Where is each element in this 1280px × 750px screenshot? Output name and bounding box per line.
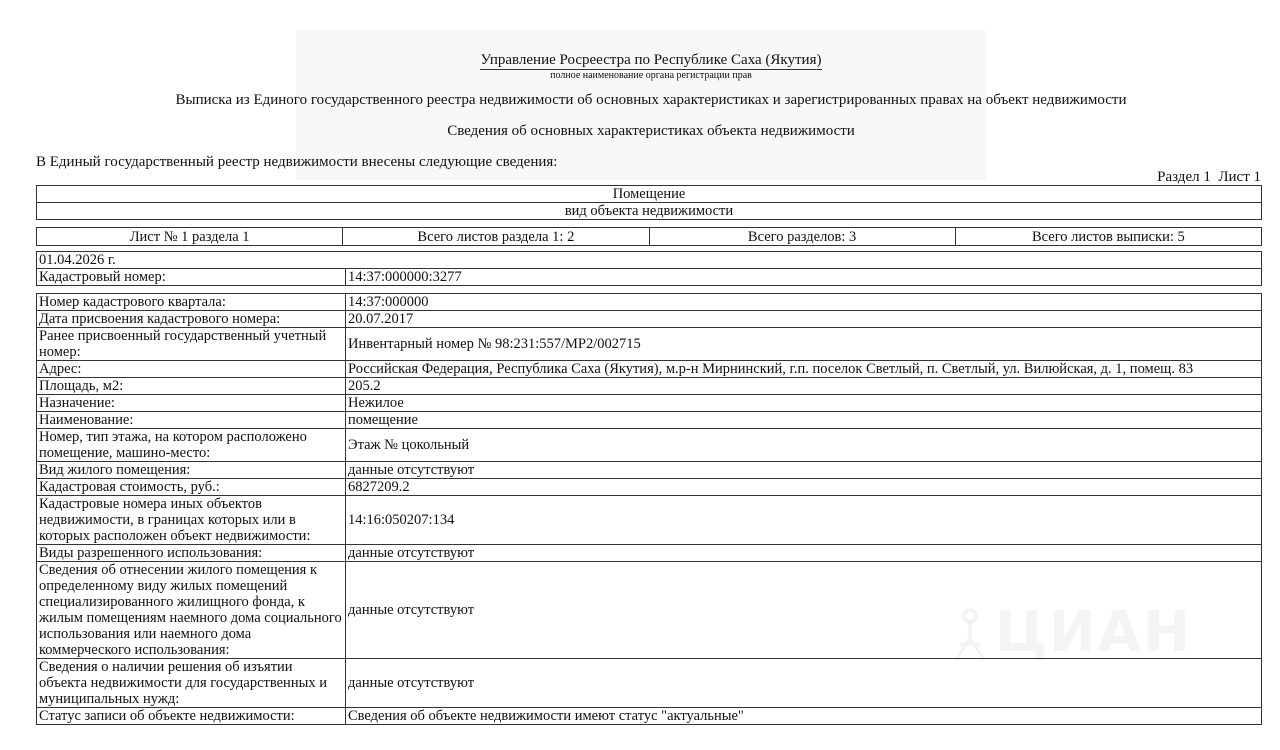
- row-value: 205.2: [346, 378, 1262, 395]
- row-value: 14:37:000000: [346, 294, 1262, 311]
- row-label: Ранее присвоенный государственный учетны…: [37, 328, 346, 361]
- row-label: Площадь, м2:: [37, 378, 346, 395]
- table-row: Номер кадастрового квартала: 14:37:00000…: [37, 294, 1262, 311]
- object-kind-value: Помещение: [37, 186, 1262, 203]
- table-row: Адрес: Российская Федерация, Республика …: [37, 361, 1262, 378]
- table-row: Вид жилого помещения: данные отсутствуют: [37, 462, 1262, 479]
- extract-date: 01.04.2026 г.: [37, 252, 1262, 269]
- authority-block: Управление Росреестра по Республике Саха…: [0, 51, 1280, 81]
- row-label: Вид жилого помещения:: [37, 462, 346, 479]
- row-value: Сведения об объекте недвижимости имеют с…: [346, 708, 1262, 725]
- watermark: ЦИАН: [995, 600, 1192, 665]
- row-value: 6827209.2: [346, 479, 1262, 496]
- row-value: данные отсутствуют: [346, 545, 1262, 562]
- cadastral-number-value: 14:37:000000:3277: [346, 269, 1262, 286]
- row-label: Кадастровые номера иных объектов недвижи…: [37, 496, 346, 545]
- table-row: Статус записи об объекте недвижимости: С…: [37, 708, 1262, 725]
- row-label: Номер, тип этажа, на котором расположено…: [37, 429, 346, 462]
- cadastral-number-label: Кадастровый номер:: [37, 269, 346, 286]
- object-kind-caption: вид объекта недвижимости: [37, 203, 1262, 220]
- table-row: Ранее присвоенный государственный учетны…: [37, 328, 1262, 361]
- row-label: Наименование:: [37, 412, 346, 429]
- table-row: Сведения о наличии решения об изъятии об…: [37, 659, 1262, 708]
- table-row: Дата присвоения кадастрового номера: 20.…: [37, 311, 1262, 328]
- section-sheet-ref: Раздел 1 Лист 1: [1157, 169, 1261, 186]
- row-label: Виды разрешенного использования:: [37, 545, 346, 562]
- row-label: Кадастровая стоимость, руб.:: [37, 479, 346, 496]
- table-row: Назначение: Нежилое: [37, 395, 1262, 412]
- row-label: Сведения о наличии решения об изъятии об…: [37, 659, 346, 708]
- row-value: 14:16:050207:134: [346, 496, 1262, 545]
- registration-authority: Управление Росреестра по Республике Саха…: [480, 52, 823, 70]
- cian-logo-icon: [948, 604, 988, 664]
- table-row: Номер, тип этажа, на котором расположено…: [37, 429, 1262, 462]
- row-label: Номер кадастрового квартала:: [37, 294, 346, 311]
- authority-caption: полное наименование органа регистрации п…: [0, 70, 1280, 81]
- date-table: 01.04.2026 г. Кадастровый номер: 14:37:0…: [36, 251, 1262, 286]
- row-value: Российская Федерация, Республика Саха (Я…: [346, 361, 1262, 378]
- document-page: Управление Росреестра по Республике Саха…: [0, 0, 1280, 750]
- row-value: данные отсутствуют: [346, 462, 1262, 479]
- section-sheets-total: Всего листов раздела 1: 2: [343, 228, 649, 246]
- row-label: Статус записи об объекте недвижимости:: [37, 708, 346, 725]
- table-row: Наименование: помещение: [37, 412, 1262, 429]
- row-label: Адрес:: [37, 361, 346, 378]
- table-row: Виды разрешенного использования: данные …: [37, 545, 1262, 562]
- row-value: 20.07.2017: [346, 311, 1262, 328]
- sheet-number: Лист № 1 раздела 1: [37, 228, 343, 246]
- row-label: Назначение:: [37, 395, 346, 412]
- row-value: помещение: [346, 412, 1262, 429]
- sheets-table: Лист № 1 раздела 1 Всего листов раздела …: [36, 227, 1262, 246]
- document-subtitle: Сведения об основных характеристиках объ…: [0, 123, 1280, 140]
- object-kind-table: Помещение вид объекта недвижимости: [36, 185, 1262, 220]
- row-value: Этаж № цокольный: [346, 429, 1262, 462]
- document-title: Выписка из Единого государственного реес…: [0, 92, 1280, 109]
- extract-sheets-total: Всего листов выписки: 5: [955, 228, 1261, 246]
- row-label: Сведения об отнесении жилого помещения к…: [37, 562, 346, 659]
- row-value: данные отсутствуют: [346, 659, 1262, 708]
- table-row: Кадастровые номера иных объектов недвижи…: [37, 496, 1262, 545]
- intro-text: В Единый государственный реестр недвижим…: [36, 154, 557, 171]
- table-row: Площадь, м2: 205.2: [37, 378, 1262, 395]
- table-row: Кадастровая стоимость, руб.: 6827209.2: [37, 479, 1262, 496]
- row-label: Дата присвоения кадастрового номера:: [37, 311, 346, 328]
- row-value: Нежилое: [346, 395, 1262, 412]
- sections-total: Всего разделов: 3: [649, 228, 955, 246]
- row-value: Инвентарный номер № 98:231:557/МР2/00271…: [346, 328, 1262, 361]
